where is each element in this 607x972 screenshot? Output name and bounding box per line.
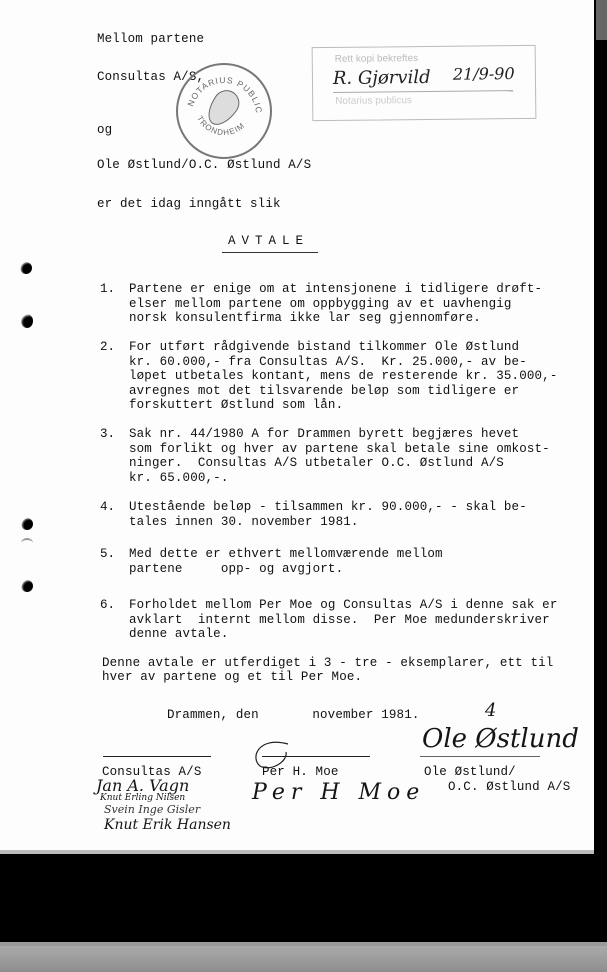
hole-punch-icon (21, 580, 33, 592)
clause-line: avklart internt mellom disse. Per Moe me… (129, 613, 550, 628)
intro-text: Mellom partene (97, 32, 204, 47)
document-page: Mellom partene Consultas A/S, og Ole Øst… (0, 0, 594, 852)
clause-line: ninger. Consultas A/S utbetaler O.C. Øst… (129, 456, 504, 471)
clause-line: løpet utbetales kontant, mens de restere… (129, 369, 557, 384)
clause-line: denne avtale. (129, 627, 228, 642)
document-title: AVTALE (228, 234, 309, 248)
signature-per-moe: Per H Moe (252, 780, 425, 805)
stamp-header: Rett kopi bekreftes (335, 53, 418, 65)
scanner-shadow (596, 0, 607, 40)
signature-line-consultas (103, 756, 211, 757)
clause-line: kr. 65.000,-. (129, 471, 228, 486)
clause-line: avregnes mot det tilsvarende beløp som t… (129, 384, 519, 399)
clause-number: 1. (100, 282, 115, 296)
closing-line-1: Denne avtale er utferdiget i 3 - tre - e… (102, 656, 553, 671)
clause-line: forskuttert Østlund som lån. (129, 398, 343, 413)
stamp-signature: R. Gjørvild (333, 67, 431, 89)
clause-number: 4. (100, 500, 115, 514)
signature-consultas-2: Knut Erling Nilsen (100, 793, 185, 803)
scanner-bed (0, 946, 607, 972)
conjunction: og (97, 123, 112, 138)
clause-line: partene opp- og avgjort. (129, 562, 343, 577)
clause-line: Partene er enige om at intensjonene i ti… (129, 282, 542, 297)
clause-line: Forholdet mellom Per Moe og Consultas A/… (129, 598, 557, 613)
signature-line-ostlund (420, 756, 540, 757)
place-date: Drammen, den november 1981. (167, 708, 420, 723)
signature-consultas-3: Svein Inge Gisler (104, 803, 200, 816)
clause-line: kr. 60.000,- fra Consultas A/S. Kr. 25.0… (129, 355, 527, 370)
page-bottom-edge (0, 850, 594, 854)
stamp-footer: Notarius publicus (335, 95, 412, 107)
preamble: er det idag inngått slik (97, 197, 281, 212)
clause-line: Utestående beløp - tilsammen kr. 90.000,… (129, 500, 527, 515)
stamp-date: 21/9-90 (453, 64, 515, 84)
party-2: Ole Østlund/O.C. Østlund A/S (97, 158, 311, 173)
hole-punch-icon (21, 314, 33, 328)
clause-line: elser mellom partene om oppbygging av et… (129, 297, 512, 312)
clause-line: tales innen 30. november 1981. (129, 515, 359, 530)
clause-line: som forlikt og hver av partene skal beta… (129, 442, 550, 457)
handwritten-day: 4 (485, 700, 496, 721)
hole-punch-icon (20, 262, 32, 274)
signature-consultas-4: Knut Erik Hansen (104, 817, 231, 833)
clause-line: For utført rådgivende bistand tilkommer … (129, 340, 519, 355)
clause-number: 2. (100, 340, 115, 354)
signature-ostlund: Ole Østlund (422, 724, 579, 754)
hole-punch-shadow-icon (21, 538, 33, 548)
clause-number: 6. (100, 598, 115, 612)
clause-number: 3. (100, 427, 115, 441)
signatory-per-moe-label: Per H. Moe (262, 765, 339, 780)
notary-seal: NOTARIUS PUBLICUS TRONDHEIM (176, 63, 272, 159)
clause-line: Sak nr. 44/1980 A for Drammen byrett beg… (129, 427, 519, 442)
clause-number: 5. (100, 547, 115, 561)
hole-punch-icon (21, 518, 33, 530)
signatory-ostlund-label-2: O.C. Østlund A/S (448, 780, 570, 795)
title-underline (222, 252, 318, 253)
closing-line-2: hver av partene og et til Per Moe. (102, 670, 362, 685)
clause-line: norsk konsulentfirma ikke lar seg gjenno… (129, 311, 481, 326)
certified-copy-stamp: Rett kopi bekreftes R. Gjørvild 21/9-90 … (312, 45, 537, 121)
clause-line: Med dette er ethvert mellomværende mello… (129, 547, 443, 562)
stamp-rule (333, 90, 513, 93)
signatory-ostlund-label-1: Ole Østlund/ (424, 765, 516, 780)
